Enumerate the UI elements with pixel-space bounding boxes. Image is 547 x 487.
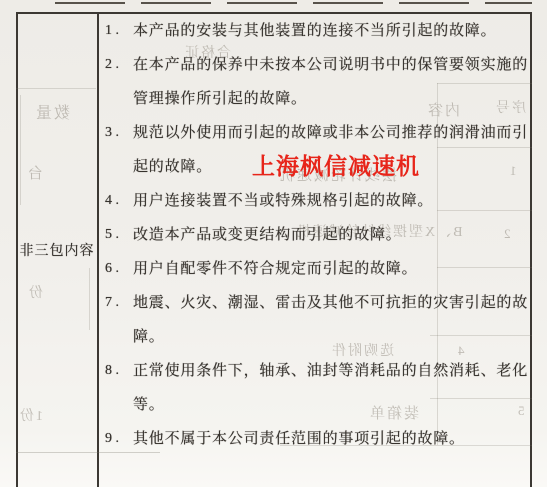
item-text: 地震、火灾、潮湿、雷击及其他不可抗拒的灾害引起的故 障。: [133, 286, 533, 354]
cropped-row-border: [55, 2, 532, 4]
item-number: 9 .: [105, 422, 133, 456]
item-line: 等。: [133, 388, 533, 422]
red-watermark-text: 上海枫信减速机: [252, 148, 420, 181]
list-item: 9 . 其他不属于本公司责任范围的事项引起的故障。: [105, 422, 533, 456]
item-text: 本产品的安装与其他装置的连接不当所引起的故障。: [133, 14, 533, 48]
item-line: 用户连接装置不当或特殊规格引起的故障。: [133, 184, 533, 218]
item-line: 其他不属于本公司责任范围的事项引起的故障。: [133, 422, 533, 456]
item-number: 3 .: [105, 116, 133, 150]
item-line: 地震、火灾、潮湿、雷击及其他不可抗拒的灾害引起的故: [133, 286, 533, 320]
list-item: 1 . 本产品的安装与其他装置的连接不当所引起的故障。: [105, 14, 533, 48]
list-item: 7 . 地震、火灾、潮湿、雷击及其他不可抗拒的灾害引起的故 障。: [105, 286, 533, 354]
item-number: 2 .: [105, 48, 133, 82]
list-item: 6 . 用户自配零件不符合规定而引起的故障。: [105, 252, 533, 286]
item-text: 用户自配零件不符合规定而引起的故障。: [133, 252, 533, 286]
item-line: 管理操作所引起的故障。: [133, 82, 533, 116]
item-line: 在本产品的保养中未按本公司说明书中的保管要领实施的: [133, 48, 533, 82]
item-line: 用户自配零件不符合规定而引起的故障。: [133, 252, 533, 286]
table-column-divider: [97, 12, 99, 487]
item-text: 在本产品的保养中未按本公司说明书中的保管要领实施的 管理操作所引起的故障。: [133, 48, 533, 116]
item-text: 改造本产品或变更结构而引起的故障。: [133, 218, 533, 252]
list-item: 4 . 用户连接装置不当或特殊规格引起的故障。: [105, 184, 533, 218]
row-label-cell: 非三包内容: [18, 12, 96, 487]
item-number: 6 .: [105, 252, 133, 286]
list-item: 2 . 在本产品的保养中未按本公司说明书中的保管要领实施的 管理操作所引起的故障…: [105, 48, 533, 116]
item-text: 用户连接装置不当或特殊规格引起的故障。: [133, 184, 533, 218]
item-text: 正常使用条件下，轴承、油封等消耗品的自然消耗、老化 等。: [133, 354, 533, 422]
scanned-document-page: 合格证 数量 内容 序号 台 摆线针轮减速机 1 B、X型摆线针轮减速机 2 份…: [0, 0, 547, 487]
item-line: 本产品的安装与其他装置的连接不当所引起的故障。: [133, 14, 533, 48]
exclusion-list: 1 . 本产品的安装与其他装置的连接不当所引起的故障。 2 . 在本产品的保养中…: [105, 14, 533, 456]
row-label: 非三包内容: [20, 240, 95, 260]
item-number: 5 .: [105, 218, 133, 252]
item-number: 1 .: [105, 14, 133, 48]
item-line: 规范以外使用而引起的故障或非本公司推荐的润滑油而引: [133, 116, 533, 150]
item-number: 4 .: [105, 184, 133, 218]
item-number: 8 .: [105, 354, 133, 388]
item-line: 正常使用条件下，轴承、油封等消耗品的自然消耗、老化: [133, 354, 533, 388]
item-text: 其他不属于本公司责任范围的事项引起的故障。: [133, 422, 533, 456]
item-line: 改造本产品或变更结构而引起的故障。: [133, 218, 533, 252]
list-item: 8 . 正常使用条件下，轴承、油封等消耗品的自然消耗、老化 等。: [105, 354, 533, 422]
list-item: 5 . 改造本产品或变更结构而引起的故障。: [105, 218, 533, 252]
item-number: 7 .: [105, 286, 133, 320]
item-line: 障。: [133, 320, 533, 354]
